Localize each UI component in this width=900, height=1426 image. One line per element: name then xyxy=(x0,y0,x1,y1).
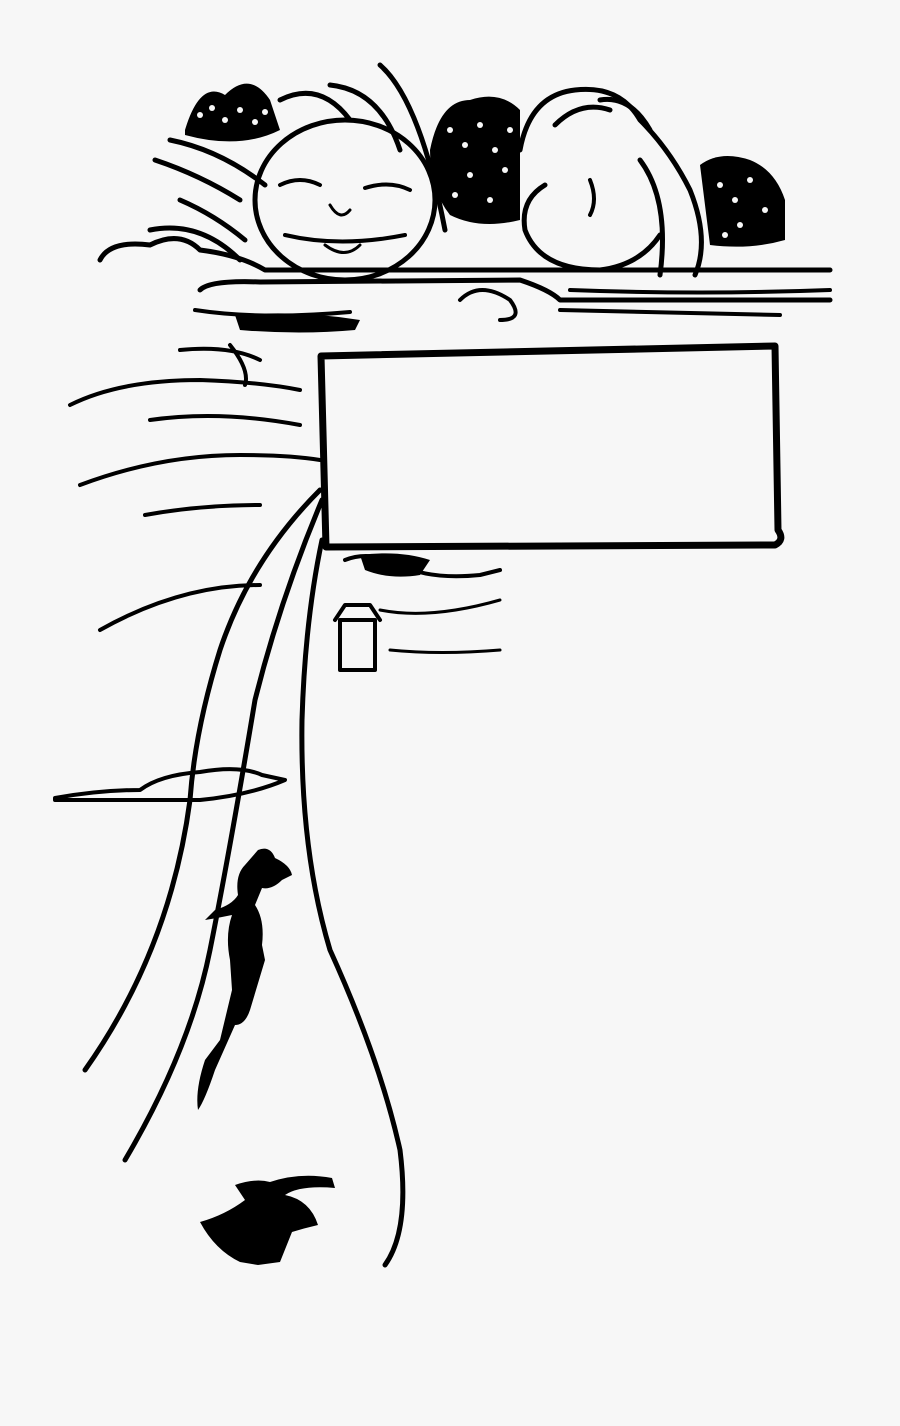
running-figure xyxy=(197,849,292,1110)
cloud-ledge xyxy=(100,239,830,333)
blank-sign xyxy=(320,345,781,548)
foliage-clusters xyxy=(185,84,785,247)
small-tower xyxy=(335,553,500,670)
wind-swirls xyxy=(70,345,320,630)
illustration-canvas xyxy=(0,0,900,1426)
cherub-face xyxy=(520,89,701,275)
floating-cloud xyxy=(55,769,285,800)
leaf-silhouette xyxy=(200,1176,335,1265)
